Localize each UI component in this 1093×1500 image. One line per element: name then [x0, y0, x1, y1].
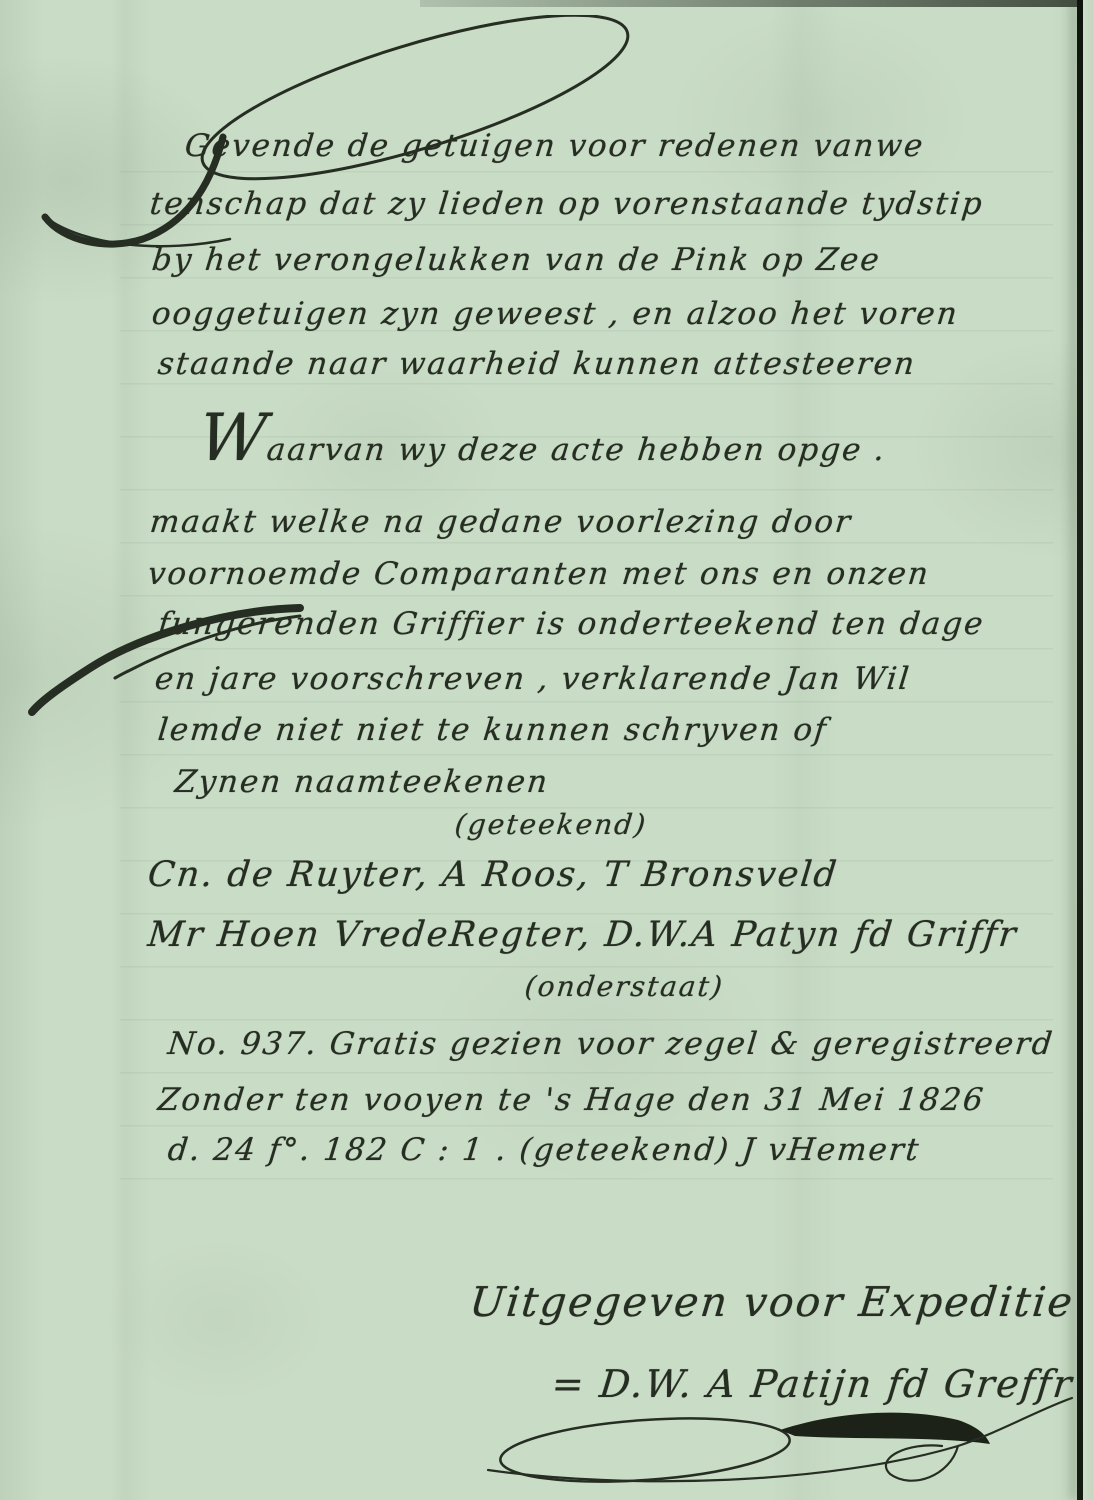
- manuscript-line: tenschap dat zy lieden op vorenstaande t…: [148, 186, 985, 222]
- manuscript-line: d. 24 f°. 182 C : 1 . (geteekend) J vHem…: [166, 1132, 922, 1168]
- manuscript-line: Gevende de getuigen voor redenen vanwe: [183, 128, 926, 164]
- manuscript-line: ooggetuigen zyn geweest , en alzoo het v…: [150, 296, 961, 332]
- signature-names-line-2: Mr Hoen VredeRegter, D.W.A Patyn fd Grif…: [146, 915, 1020, 955]
- scan-top-edge-smudge: [420, 0, 1093, 7]
- page-fold-edge: [1077, 0, 1083, 1500]
- manuscript-line: Zynen naamteekenen: [173, 764, 551, 800]
- signature-names-line-1: Cn. de Ruyter, A Roos, T Bronsveld: [146, 855, 840, 895]
- scan-right-margin: [1083, 0, 1093, 1500]
- manuscript-line: Zonder ten vooyen te 's Hage den 31 Mei …: [156, 1082, 987, 1118]
- paper-fold-bands: [0, 0, 1093, 1500]
- signature-flourish-icon: [480, 1392, 1080, 1497]
- paper-texture: [0, 0, 1093, 1500]
- manuscript-line: maakt welke na gedane voorlezing door: [148, 504, 854, 540]
- manuscript-line: by het verongelukken van de Pink op Zee: [150, 242, 883, 278]
- manuscript-line: Waarvan wy deze acte hebben opge .: [196, 432, 888, 468]
- issue-statement: Uitgegeven voor Expeditie: [467, 1278, 1076, 1326]
- manuscript-line: staande naar waarheid kunnen attesteeren: [156, 346, 918, 382]
- onderstaat-label: (onderstaat): [523, 970, 725, 1003]
- manuscript-line: No. 937. Gratis gezien voor zegel & gere…: [166, 1026, 1056, 1062]
- manuscript-line: en jare voorschreven , verklarende Jan W…: [153, 661, 912, 697]
- signed-label: (geteekend): [453, 808, 649, 841]
- issuer-signature: = D.W. A Patijn fd Greffr: [550, 1362, 1076, 1406]
- manuscript-page: Gevende de getuigen voor redenen vanwe t…: [0, 0, 1093, 1500]
- manuscript-line: lemde niet niet te kunnen schryven of: [156, 712, 829, 748]
- manuscript-line: fungerenden Griffier is onderteekend ten…: [156, 606, 986, 642]
- manuscript-line: voornoemde Comparanten met ons en onzen: [146, 556, 932, 592]
